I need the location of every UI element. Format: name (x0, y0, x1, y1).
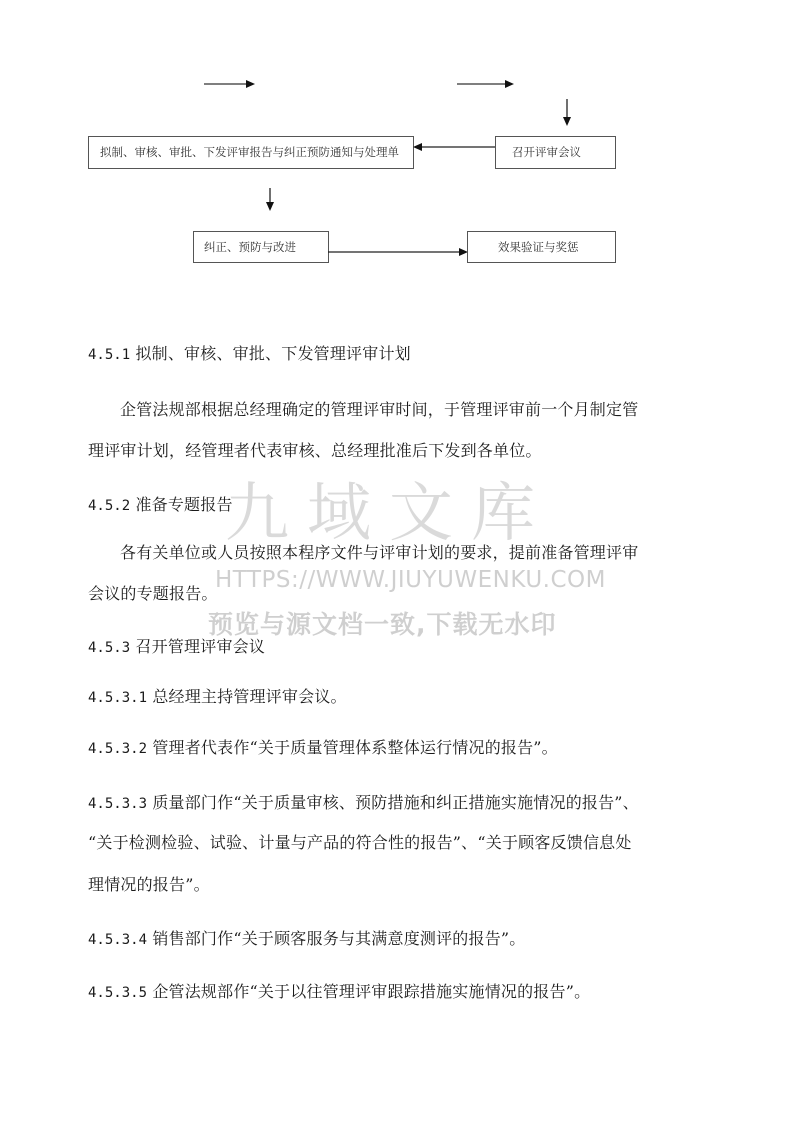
section-heading-4-5-1: 4.5.1 拟制、审核、审批、下发管理评审计划 (88, 344, 411, 365)
flow-box-label: 效果验证与奖惩 (498, 240, 579, 254)
watermark-title: 九域文库 (225, 462, 553, 554)
flow-box-corrective-action: 纠正、预防与改进 (193, 231, 329, 263)
flow-box-draft-report: 拟制、审核、审批、下发评审报告与纠正预防通知与处理单 (88, 136, 414, 169)
section-heading-4-5-2: 4.5.2 准备专题报告 (88, 495, 233, 516)
flow-box-verify-reward: 效果验证与奖惩 (467, 231, 616, 263)
list-item-4-5-3-3: 4.5.3.3 质量部门作“关于质量审核、预防措施和纠正措施实施情况的报告”、 (88, 793, 639, 814)
arrow-right-icon (328, 247, 469, 257)
section-heading-4-5-3: 4.5.3 召开管理评审会议 (88, 637, 265, 658)
arrow-right-icon (457, 79, 515, 89)
list-item-continuation: 理情况的报告”。 (88, 875, 210, 895)
list-item-4-5-3-1: 4.5.3.1 总经理主持管理评审会议。 (88, 687, 347, 708)
paragraph-line: 理评审计划，经管理者代表审核、总经理批准后下发到各单位。 (88, 441, 542, 461)
arrow-right-icon (204, 79, 256, 89)
list-item-continuation: “关于检测检验、试验、计量与产品的符合性的报告”、“关于顾客反馈信息处 (88, 833, 632, 853)
watermark-note: 预览与源文档一致,下载无水印 (208, 605, 557, 641)
list-item-4-5-3-5: 4.5.3.5 企管法规部作“关于以往管理评审跟踪措施实施情况的报告”。 (88, 982, 590, 1003)
watermark-url: HTTPS://WWW.JIUYUWENKU.COM (215, 567, 606, 593)
list-item-4-5-3-2: 4.5.3.2 管理者代表作“关于质量管理体系整体运行情况的报告”。 (88, 738, 558, 759)
arrow-down-icon (265, 188, 275, 212)
paragraph-line: 会议的专题报告。 (88, 584, 218, 604)
flow-box-label: 拟制、审核、审批、下发评审报告与纠正预防通知与处理单 (100, 145, 399, 159)
paragraph-line: 企管法规部根据总经理确定的管理评审时间，于管理评审前一个月制定管 (120, 400, 638, 420)
flow-box-label: 纠正、预防与改进 (204, 240, 296, 254)
paragraph-line: 各有关单位或人员按照本程序文件与评审计划的要求，提前准备管理评审 (120, 543, 638, 563)
arrow-left-icon (413, 142, 496, 152)
list-item-4-5-3-4: 4.5.3.4 销售部门作“关于顾客服务与其满意度测评的报告”。 (88, 929, 525, 950)
document-page: 拟制、审核、审批、下发评审报告与纠正预防通知与处理单 召开评审会议 纠正、预防与… (0, 0, 793, 1122)
flow-box-hold-meeting: 召开评审会议 (495, 136, 616, 169)
arrow-down-icon (562, 99, 572, 127)
flow-box-label: 召开评审会议 (512, 145, 581, 159)
